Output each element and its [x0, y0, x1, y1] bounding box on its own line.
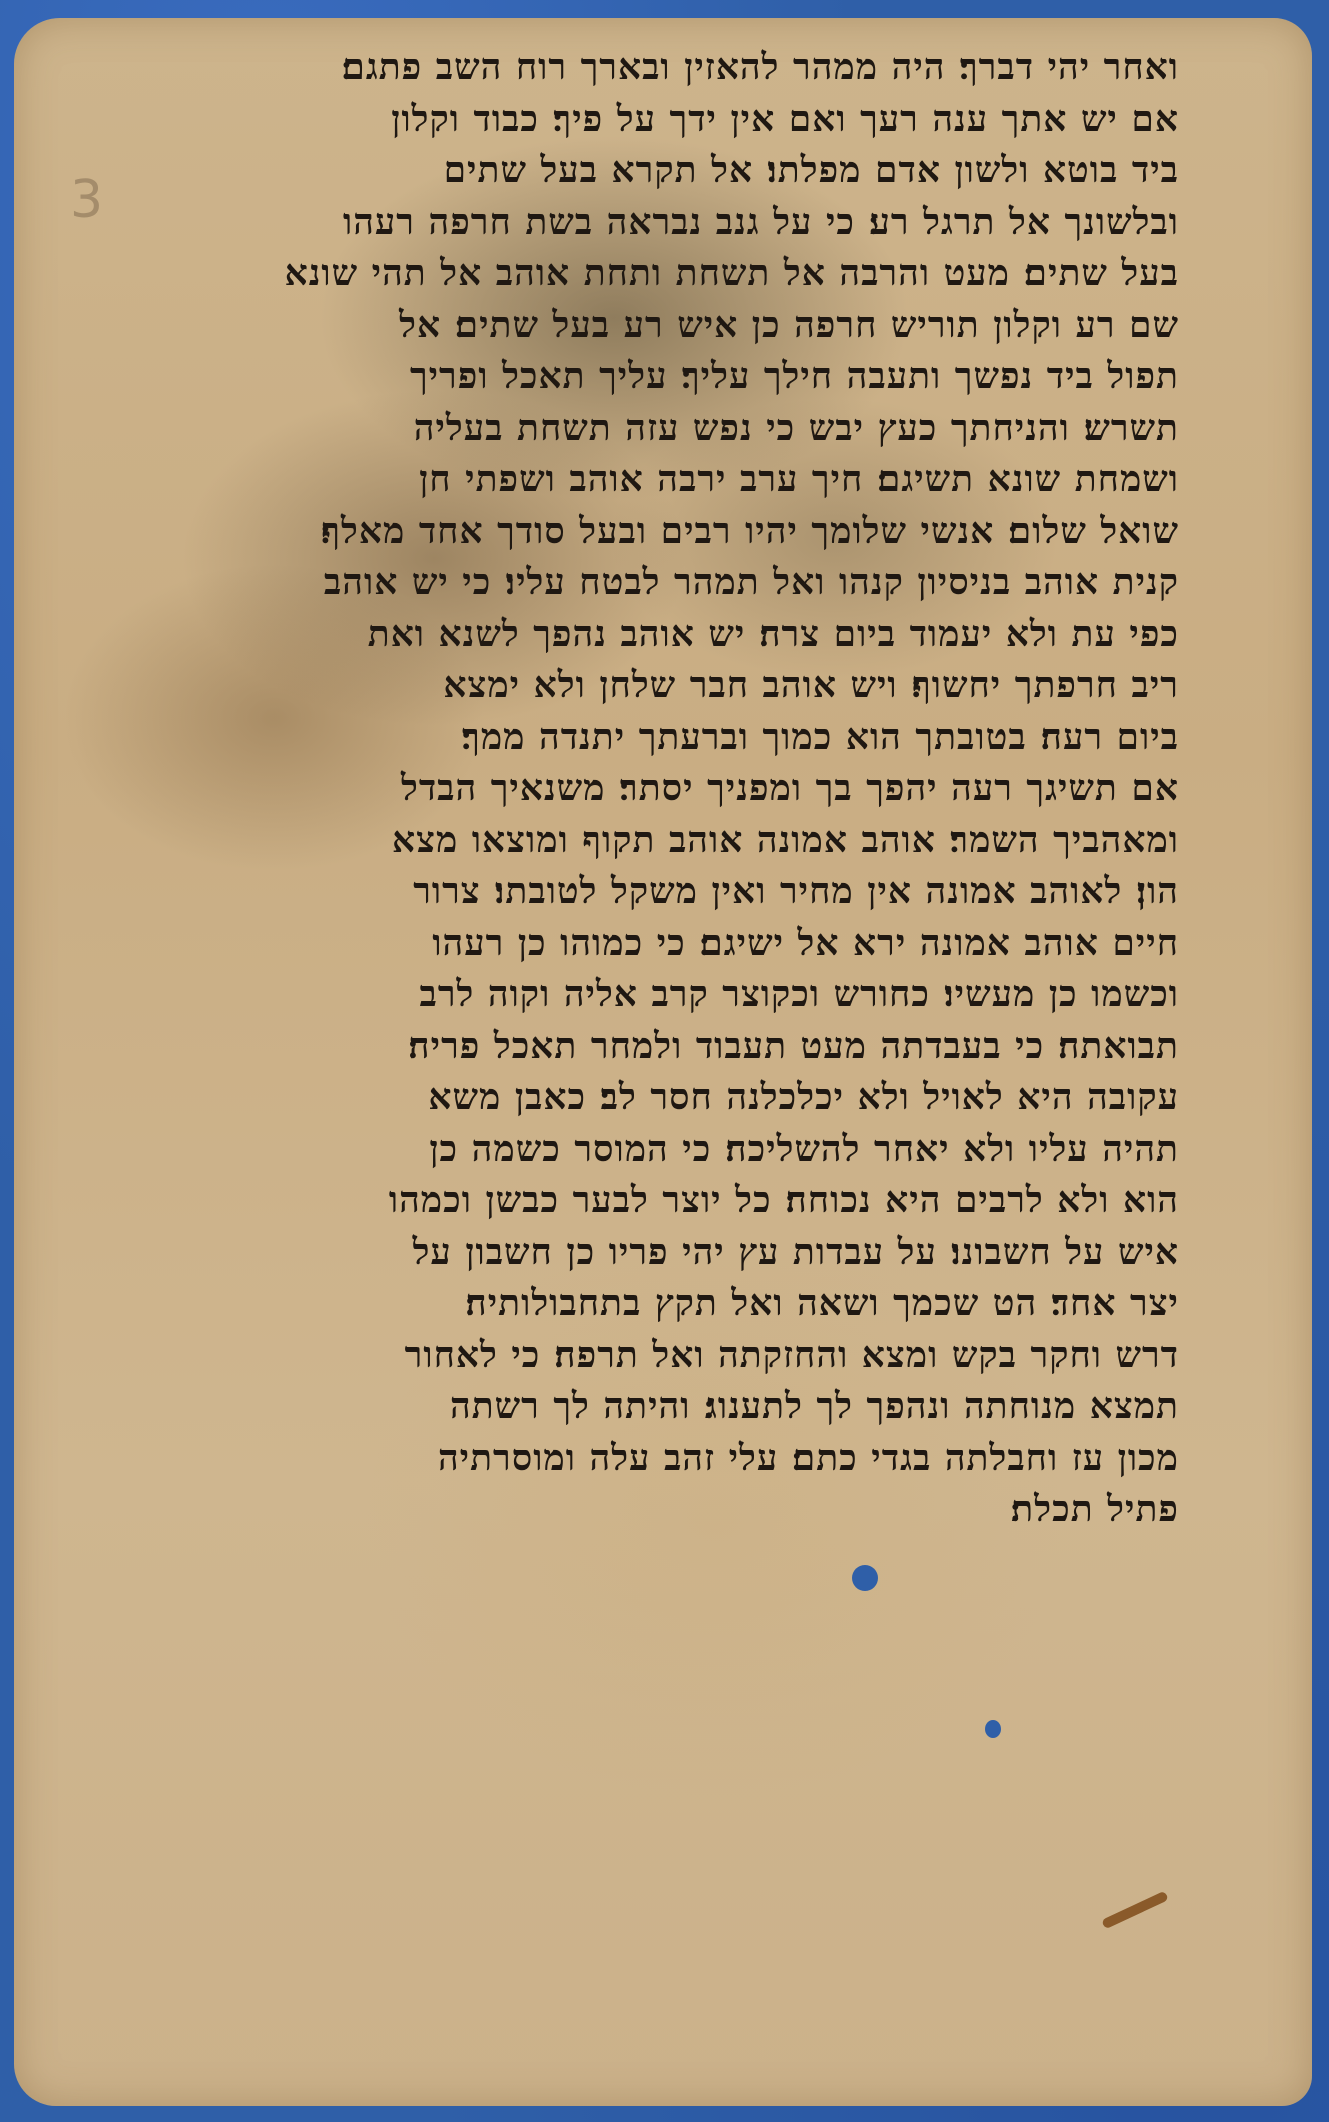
text-line: ביום רעה׃ בטובתך הוא כמוך וברעתך יתנדה מ…	[119, 712, 1179, 764]
text-line: תפול ביד נפשך ותעבה חילך עליך׃ עליך תאכל…	[119, 351, 1179, 403]
text-line: איש על חשבונו׃ על עבדות עץ יהי פריו כן ח…	[119, 1227, 1179, 1279]
text-line: קנית אוהב בניסיון קנהו ואל תמהר לבטח עלי…	[119, 557, 1179, 609]
text-line: דרש וחקר בקש ומצא והחזקתה ואל תרפה׃ כי ל…	[119, 1330, 1179, 1382]
text-line: וכשמו כן מעשיו׃ כחורש וכקוצר קרב אליה וק…	[119, 969, 1179, 1021]
text-line: מכון עז וחבלתה בגדי כתם׃ עלי זהב עלה ומו…	[119, 1433, 1179, 1485]
text-line: חיים אוהב אמונה ירא אל ישיגם׃ כי כמוהו כ…	[119, 918, 1179, 970]
text-line: הון׃ לאוהב אמונה אין מחיר ואין משקל לטוב…	[119, 866, 1179, 918]
text-line: בעל שתים׃ מעט והרבה אל תשחת ותחת אוהב אל…	[119, 248, 1179, 300]
text-line: אם תשיגך רעה יהפך בך ומפניך יסתר׃ משנאיך…	[119, 763, 1179, 815]
text-line: עקובה היא לאויל ולא יכלכלנה חסר לב׃ כאבן…	[119, 1072, 1179, 1124]
text-line: ושמחת שונא תשיגם׃ חיך ערב ירבה אוהב ושפת…	[119, 454, 1179, 506]
text-line: ביד בוטא ולשון אדם מפלתו׃ אל תקרא בעל שת…	[119, 145, 1179, 197]
text-line: הוא ולא לרבים היא נכוחה׃ כל יוצר לבער כב…	[119, 1175, 1179, 1227]
text-line: תשרש׃ והניחתך כעץ יבש כי נפש עזה תשחת בע…	[119, 403, 1179, 455]
text-line: שם רע וקלון תוריש חרפה כן איש רע בעל שתי…	[119, 300, 1179, 352]
text-line: ובלשונך אל תרגל רע׃ כי על גנב נבראה בשת …	[119, 197, 1179, 249]
margin-number: 3	[70, 170, 103, 230]
text-line: כפי עת ולא יעמוד ביום צרה׃ יש אוהב נהפך …	[119, 609, 1179, 661]
text-line: ומאהביך השמר׃ אוהב אמונה אוהב תקוף ומוצא…	[119, 815, 1179, 867]
manuscript-text: ואחר יהי דברך׃ היה ממהר להאזין ובארך רוח…	[119, 42, 1179, 1536]
text-line: שואל שלום׃ אנשי שלומך יהיו רבים ובעל סוד…	[119, 506, 1179, 558]
text-line: פתיל תכלת׃	[119, 1484, 1179, 1536]
text-line: תמצא מנוחתה ונהפך לך לתענוג׃ והיתה לך רש…	[119, 1381, 1179, 1433]
text-line: ואחר יהי דברך׃ היה ממהר להאזין ובארך רוח…	[119, 42, 1179, 94]
text-line: יצר אחד׃ הט שכמך ושאה ואל תקץ בתחבולותיה…	[119, 1278, 1179, 1330]
text-line: אם יש אתך ענה רעך ואם אין ידך על פיך׃ כב…	[119, 94, 1179, 146]
worm-hole	[985, 1720, 1001, 1738]
text-line: תבואתה׃ כי בעבדתה מעט תעבוד ולמחר תאכל פ…	[119, 1021, 1179, 1073]
text-line: ריב חרפתך יחשוף׃ ויש אוהב חבר שלחן ולא י…	[119, 660, 1179, 712]
text-line: תהיה עליו ולא יאחר להשליכה׃ כי המוסר כשמ…	[119, 1124, 1179, 1176]
worm-hole	[852, 1565, 878, 1591]
